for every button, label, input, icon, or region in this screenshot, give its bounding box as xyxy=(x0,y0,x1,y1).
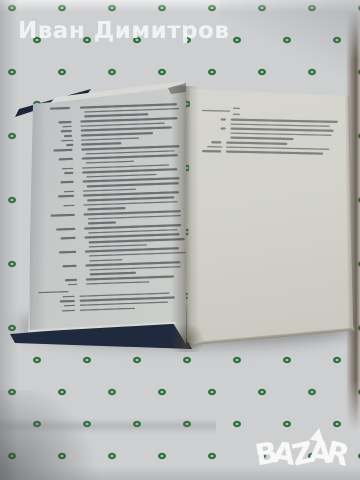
text-line xyxy=(81,142,121,145)
text-line xyxy=(81,145,179,150)
text-line xyxy=(207,146,222,148)
text-line xyxy=(88,207,126,210)
text-line xyxy=(53,149,72,151)
text-line xyxy=(80,307,135,311)
gutter-shadow xyxy=(171,86,199,348)
text-line xyxy=(86,276,174,281)
text-line xyxy=(230,137,293,140)
text-line xyxy=(81,127,172,132)
text-line xyxy=(80,301,168,306)
text-line xyxy=(90,272,136,275)
text-line xyxy=(83,201,177,206)
text-line xyxy=(221,128,226,130)
text-line xyxy=(84,210,181,215)
text-line xyxy=(84,224,181,229)
text-line xyxy=(38,291,68,294)
text-line xyxy=(66,144,73,146)
text-line xyxy=(233,113,240,115)
text-line xyxy=(61,181,74,183)
text-line xyxy=(231,119,338,123)
text-line xyxy=(87,182,179,187)
text-line xyxy=(231,128,334,132)
text-line xyxy=(88,222,116,225)
text-line xyxy=(226,146,329,150)
text-line xyxy=(86,161,134,164)
text-line xyxy=(50,107,70,109)
text-line xyxy=(211,141,221,143)
text-line xyxy=(82,168,177,173)
text-line xyxy=(64,135,72,137)
text-line xyxy=(62,167,73,169)
text-line xyxy=(58,121,71,123)
text-line xyxy=(62,309,75,311)
text-line xyxy=(64,172,73,174)
text-line xyxy=(63,265,77,267)
text-line xyxy=(226,142,287,145)
text-line xyxy=(58,195,74,197)
text-line xyxy=(89,244,147,248)
text-line xyxy=(81,132,153,136)
text-line xyxy=(202,110,230,112)
text-line xyxy=(80,117,177,122)
fabric-fold-shadow-topright xyxy=(220,0,360,75)
text-line xyxy=(80,103,177,108)
fabric-crease xyxy=(0,418,216,434)
text-line xyxy=(64,305,75,307)
text-line xyxy=(82,154,178,159)
text-line xyxy=(230,132,331,136)
text-line xyxy=(90,266,181,271)
logo-letters: BAZAR xyxy=(255,447,345,466)
text-line xyxy=(60,300,75,302)
text-line xyxy=(65,279,77,281)
text-line xyxy=(68,283,77,285)
text-line xyxy=(83,188,136,192)
text-line xyxy=(233,107,240,109)
text-line xyxy=(85,261,180,266)
text-line xyxy=(51,214,75,217)
listing-photo: Иван Димитров BAZAR xyxy=(0,0,360,480)
text-line xyxy=(80,292,170,297)
text-line xyxy=(89,259,122,262)
text-line xyxy=(61,237,76,239)
gutter-bottom-shadow xyxy=(170,322,204,352)
text-line xyxy=(86,150,175,155)
text-line xyxy=(81,137,139,141)
text-line xyxy=(81,122,165,127)
text-line xyxy=(59,251,76,253)
text-line xyxy=(87,196,174,201)
text-line xyxy=(85,247,179,252)
text-line xyxy=(221,118,226,120)
text-line xyxy=(84,108,179,113)
text-line xyxy=(84,114,148,118)
text-line xyxy=(80,297,175,302)
text-line xyxy=(61,139,73,141)
text-line xyxy=(63,126,72,128)
text-line xyxy=(85,233,180,238)
text-line xyxy=(63,205,74,207)
text-line xyxy=(56,228,75,230)
text-line xyxy=(202,150,221,152)
text-line xyxy=(86,174,156,178)
watermark-seller-name: Иван Димитров xyxy=(18,18,229,44)
text-line xyxy=(64,191,74,193)
text-line xyxy=(226,151,323,155)
text-line xyxy=(86,281,149,285)
text-line xyxy=(63,295,75,297)
text-line xyxy=(82,164,169,169)
text-line xyxy=(59,158,73,160)
text-line xyxy=(88,215,181,220)
text-line xyxy=(231,123,330,127)
text-line xyxy=(61,130,72,132)
logo-hat-icon xyxy=(310,427,326,442)
bazar-logo: BAZAR xyxy=(255,437,355,475)
